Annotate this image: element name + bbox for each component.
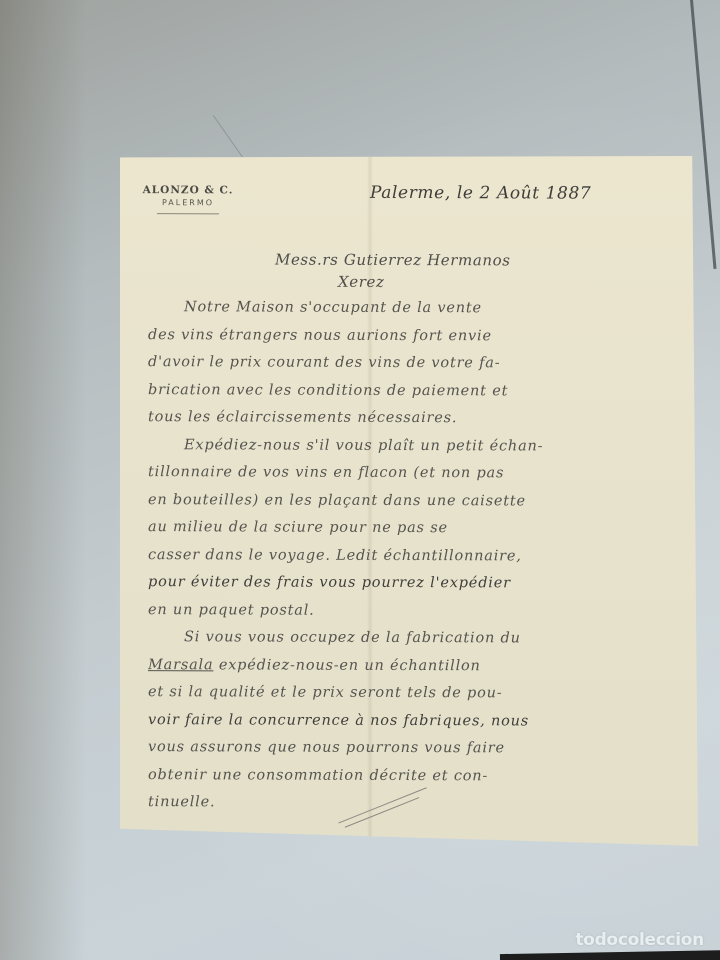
letter-line: pour éviter des frais vous pourrez l'exp… xyxy=(148,569,688,598)
watermark: todocoleccion xyxy=(575,930,704,950)
letter-line: d'avoir le prix courant des vins de votr… xyxy=(148,349,688,378)
letter-line: vous assurons que nous pourrons vous fai… xyxy=(148,734,688,763)
letter-line: casser dans le voyage. Ledit échantillon… xyxy=(148,542,688,571)
letter-line: tous les éclaircissements nécessaires. xyxy=(148,404,688,433)
letter-line: en bouteilles) en les plaçant dans une c… xyxy=(148,487,688,516)
letter-line-text: Marsala expédiez-nous-en un échantillon xyxy=(148,657,481,674)
letter-dateline: Palerme, le 2 Août 1887 xyxy=(370,183,591,204)
letter-body: Notre Maison s'occupant de la vente des … xyxy=(148,294,688,901)
letter-line: tillonnaire de vos vins en flacon (et no… xyxy=(148,459,688,488)
letter-line: des vins étrangers nous aurions fort env… xyxy=(148,322,688,351)
letter-paper: ALONZO & C. PALERMO Palerme, le 2 Août 1… xyxy=(120,154,698,846)
underlined-word: Marsala xyxy=(148,657,213,673)
letter-line: brication avec les conditions de paiemen… xyxy=(148,377,688,406)
letter-line: au milieu de la sciure pour ne pas se xyxy=(148,514,688,543)
letter-line: Si vous vous occupez de la fabrication d… xyxy=(148,624,688,653)
letter-line: voir faire la concurrence à nos fabrique… xyxy=(148,707,688,736)
letter-line: Notre Maison s'occupant de la vente xyxy=(148,294,688,323)
letter-line-marsala: Marsala expédiez-nous-en un échantillon xyxy=(148,652,688,681)
letterhead: ALONZO & C. PALERMO xyxy=(128,184,248,214)
letter-line: en un paquet postal. xyxy=(148,597,688,626)
letter-line: tinuelle. xyxy=(148,789,688,818)
letter-line: obtenir une consommation décrite et con- xyxy=(148,762,688,791)
letterhead-company: ALONZO & C. xyxy=(128,184,248,196)
letter-line: et si la qualité et le prix seront tels … xyxy=(148,679,688,708)
letter-line: Expédiez-nous s'il vous plaît un petit é… xyxy=(148,432,688,461)
letterhead-rule xyxy=(157,213,219,214)
letterhead-city: PALERMO xyxy=(128,198,248,207)
letter-recipient-city: Xerez xyxy=(338,273,385,291)
letter-recipient: Mess.rs Gutierrez Hermanos xyxy=(275,251,511,270)
